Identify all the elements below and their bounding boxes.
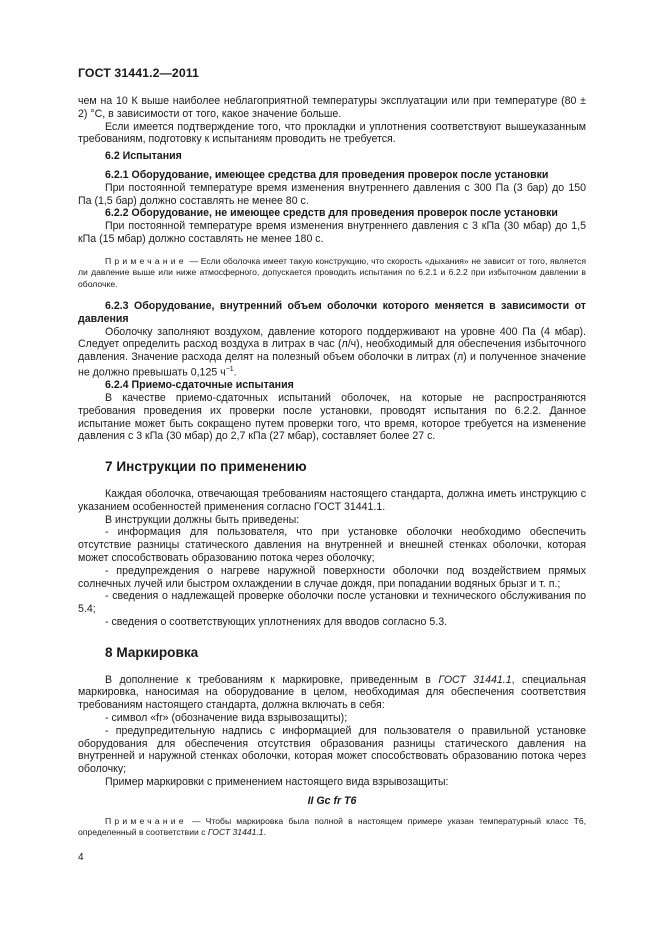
list-item: - предупреждения о нагреве наружной пове… <box>78 565 586 591</box>
section-heading-6-2-3: 6.2.3 Оборудование, внутренний объем обо… <box>78 300 586 326</box>
paragraph: При постоянной температуре время изменен… <box>78 220 586 246</box>
page-number: 4 <box>78 852 84 863</box>
paragraph: При постоянной температуре время изменен… <box>78 182 586 208</box>
note: Примечание — Если оболочка имеет такую к… <box>78 256 586 290</box>
section-heading-7: 7 Инструкции по применению <box>78 461 586 474</box>
paragraph: В инструкции должны быть приведены: <box>78 514 586 527</box>
list-item: - предупредительную надпись с информацие… <box>78 725 586 776</box>
document-body: чем на 10 К выше наиболее неблагоприятно… <box>78 95 586 838</box>
paragraph: Пример маркировки с применением настояще… <box>78 776 586 789</box>
note-label: Примечание <box>105 816 187 826</box>
standard-reference: ГОСТ 31441.1 <box>438 674 511 686</box>
paragraph: Каждая оболочка, отвечающая требованиям … <box>78 488 586 514</box>
paragraph: Оболочку заполняют воздухом, давление ко… <box>78 326 586 380</box>
paragraph: чем на 10 К выше наиболее неблагоприятно… <box>78 95 586 121</box>
list-item: - сведения о соответствующих уплотнениях… <box>78 616 586 629</box>
section-heading-8: 8 Маркировка <box>78 647 586 660</box>
list-item: - информация для пользователя, что при у… <box>78 526 586 564</box>
section-heading-6-2-4: 6.2.4 Приемо-сдаточные испытания <box>78 379 586 392</box>
list-item: - сведения о надлежащей проверке оболочк… <box>78 590 586 616</box>
section-heading-6-2-1: 6.2.1 Оборудование, имеющее средства для… <box>78 169 586 182</box>
section-heading-6-2-2: 6.2.2 Оборудование, не имеющее средств д… <box>78 207 586 220</box>
standard-reference: ГОСТ 31441.1 <box>208 827 264 837</box>
section-heading-6-2: 6.2 Испытания <box>78 150 586 163</box>
paragraph: В дополнение к требованиям к маркировке,… <box>78 674 586 712</box>
paragraph: Если имеется подтверждение того, что про… <box>78 121 586 147</box>
paragraph: В качестве приемо-сдаточных испытаний об… <box>78 392 586 443</box>
marking-example: II Gc fr T6 <box>78 795 586 808</box>
list-item: - символ «fr» (обозначение вида взрывоза… <box>78 712 586 725</box>
note: Примечание — Чтобы маркировка была полно… <box>78 816 586 839</box>
document-header: ГОСТ 31441.2—2011 <box>78 66 199 80</box>
note-label: Примечание <box>105 256 187 266</box>
